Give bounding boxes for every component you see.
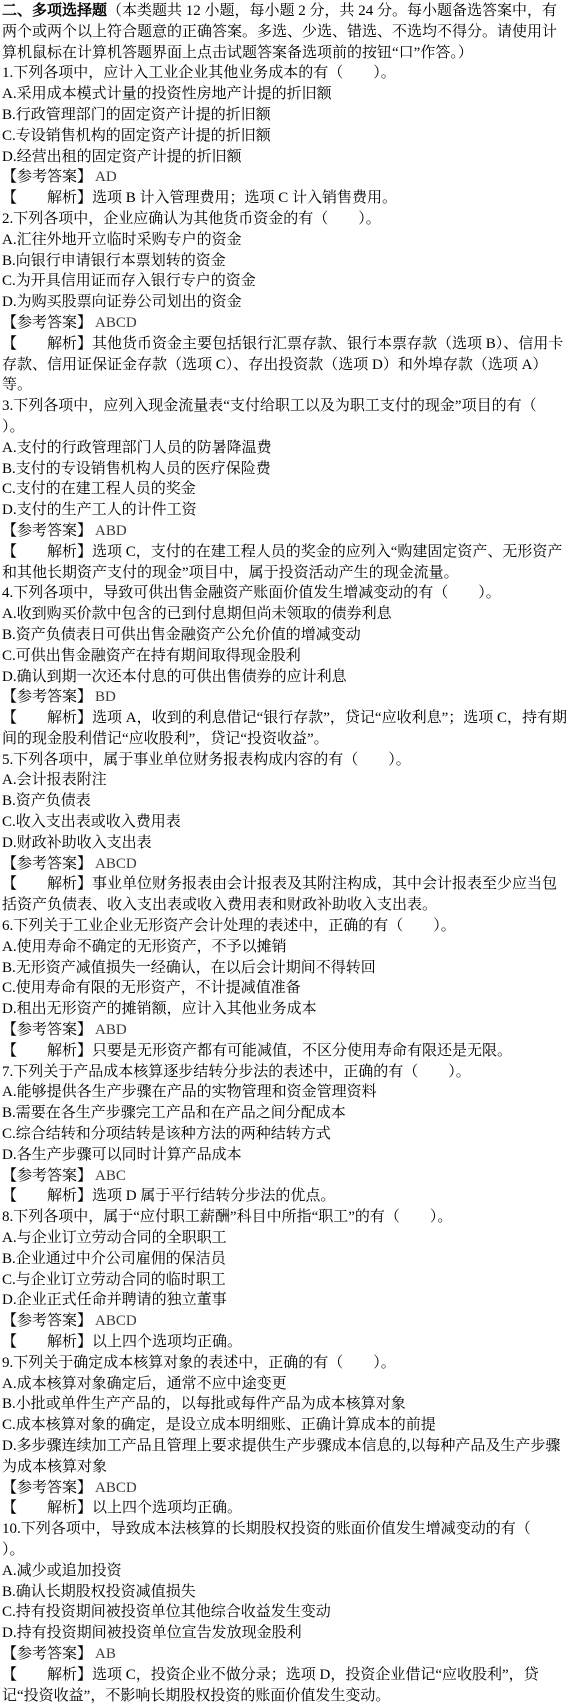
answer-analysis: 【 解析】选项 B 计入管理费用；选项 C 计入销售费用。 — [2, 188, 570, 209]
question-option: C.支付的在建工程人员的奖金 — [2, 479, 570, 500]
reference-answer: 【参考答案】ABCD — [2, 1478, 570, 1499]
question-block: 10.下列各项中，导致成本法核算的长期股权投资的账面价值发生增减变动的有（ ）。… — [2, 1519, 570, 1706]
section-title: 二、多项选择题 — [2, 3, 107, 19]
analysis-label: 【 解析】 — [2, 544, 92, 560]
question-option: D.各生产步骤可以同时计算产品成本 — [2, 1145, 570, 1166]
question-option: A.会计报表附注 — [2, 770, 570, 791]
question-stem: 4.下列各项中，导致可供出售金融资产账面价值发生增减变动的有（ ）。 — [2, 583, 570, 604]
question-option: B.需要在各生产步骤完工产品和在产品之间分配成本 — [2, 1103, 570, 1124]
answer-analysis: 【 解析】选项 C，支付的在建工程人员的奖金的应列入“购建固定资产、无形资产和其… — [2, 542, 570, 584]
answer-label: 【参考答案】 — [2, 1313, 92, 1329]
question-option: C.与企业订立劳动合同的临时职工 — [2, 1270, 570, 1291]
question-option: C.收入支出表或收入费用表 — [2, 812, 570, 833]
question-option: C.为开具信用证而存入银行专户的资金 — [2, 271, 570, 292]
question-option: A.汇往外地开立临时采购专户的资金 — [2, 230, 570, 251]
answer-letters: ABCD — [95, 1313, 137, 1329]
question-block: 5.下列各项中，属于事业单位财务报表构成内容的有（ ）。A.会计报表附注B.资产… — [2, 750, 570, 916]
section-heading: 二、多项选择题（本类题共 12 小题，每小题 2 分，共 24 分。每小题备选答… — [2, 1, 570, 63]
analysis-label: 【 解析】 — [2, 336, 92, 352]
reference-answer: 【参考答案】ABCD — [2, 854, 570, 875]
question-block: 8.下列各项中，属于“应付职工薪酬”科目中所指“职工”的有（ ）。A.与企业订立… — [2, 1207, 570, 1353]
question-option: B.小批或单件生产产品的，以每批或每件产品为成本核算对象 — [2, 1394, 570, 1415]
question-block: 3.下列各项中，应列入现金流量表“支付给职工以及为职工支付的现金”项目的有（ ）… — [2, 396, 570, 583]
question-stem: 9.下列关于确定成本核算对象的表述中，正确的有（ ）。 — [2, 1353, 570, 1374]
question-option: C.成本核算对象的确定，是设立成本明细账、正确计算成本的前提 — [2, 1415, 570, 1436]
question-option: C.使用寿命有限的无形资产，不计提减值准备 — [2, 978, 570, 999]
question-option: A.采用成本模式计量的投资性房地产计提的折旧额 — [2, 84, 570, 105]
question-option: A.与企业订立劳动合同的全职职工 — [2, 1228, 570, 1249]
question-option: D.租出无形资产的摊销额，应计入其他业务成本 — [2, 999, 570, 1020]
answer-analysis: 【 解析】其他货币资金主要包括银行汇票存款、银行本票存款（选项 B）、信用卡存款… — [2, 334, 570, 396]
reference-answer: 【参考答案】ABD — [2, 1020, 570, 1041]
question-option: D.财政补助收入支出表 — [2, 833, 570, 854]
question-option: A.支付的行政管理部门人员的防暑降温费 — [2, 438, 570, 459]
question-option: B.行政管理部门的固定资产计提的折旧额 — [2, 105, 570, 126]
answer-label: 【参考答案】 — [2, 1022, 92, 1038]
questions-list: 1.下列各项中，应计入工业企业其他业务成本的有（ ）。A.采用成本模式计量的投资… — [2, 63, 570, 1706]
answer-label: 【参考答案】 — [2, 1480, 92, 1496]
reference-answer: 【参考答案】ABCD — [2, 1311, 570, 1332]
answer-label: 【参考答案】 — [2, 1168, 92, 1184]
question-stem: 3.下列各项中，应列入现金流量表“支付给职工以及为职工支付的现金”项目的有（ ）… — [2, 396, 570, 438]
question-block: 7.下列关于产品成本核算逐步结转分步法的表述中，正确的有（ ）。A.能够提供各生… — [2, 1062, 570, 1208]
answer-letters: BD — [95, 689, 116, 705]
answer-analysis: 【 解析】只要是无形资产都有可能减值，不区分使用寿命有限还是无限。 — [2, 1041, 570, 1062]
answer-analysis: 【 解析】选项 A，收到的利息借记“银行存款”，贷记“应收利息”；选项 C，持有… — [2, 708, 570, 750]
question-option: B.资产负债表日可供出售金融资产公允价值的增减变动 — [2, 625, 570, 646]
analysis-label: 【 解析】 — [2, 710, 92, 726]
answer-letters: AB — [95, 1646, 116, 1662]
analysis-text: 选项 B 计入管理费用；选项 C 计入销售费用。 — [92, 190, 397, 206]
answer-label: 【参考答案】 — [2, 689, 92, 705]
analysis-label: 【 解析】 — [2, 1334, 92, 1350]
analysis-text: 以上四个选项均正确。 — [92, 1334, 242, 1350]
answer-letters: ABC — [95, 1168, 126, 1184]
question-option: D.支付的生产工人的计件工资 — [2, 500, 570, 521]
question-option: D.经营出租的固定资产计提的折旧额 — [2, 147, 570, 168]
question-option: C.专设销售机构的固定资产计提的折旧额 — [2, 126, 570, 147]
question-block: 2.下列各项中，企业应确认为其他货币资金的有（ ）。A.汇往外地开立临时采购专户… — [2, 209, 570, 396]
question-option: D.多步骤连续加工产品且管理上要求提供生产步骤成本信息的,以每种产品及生产步骤为… — [2, 1436, 570, 1478]
answer-label: 【参考答案】 — [2, 169, 92, 185]
question-block: 6.下列关于工业企业无形资产会计处理的表述中，正确的有（ ）。A.使用寿命不确定… — [2, 916, 570, 1062]
question-option: C.综合结转和分项结转是该种方法的两种结转方式 — [2, 1124, 570, 1145]
question-option: A.使用寿命不确定的无形资产，不予以摊销 — [2, 937, 570, 958]
question-block: 4.下列各项中，导致可供出售金融资产账面价值发生增减变动的有（ ）。A.收到购买… — [2, 583, 570, 749]
question-stem: 10.下列各项中，导致成本法核算的长期股权投资的账面价值发生增减变动的有（ ）。 — [2, 1519, 570, 1561]
question-block: 1.下列各项中，应计入工业企业其他业务成本的有（ ）。A.采用成本模式计量的投资… — [2, 63, 570, 209]
reference-answer: 【参考答案】ABC — [2, 1166, 570, 1187]
answer-letters: ABCD — [95, 1480, 137, 1496]
reference-answer: 【参考答案】AB — [2, 1644, 570, 1665]
analysis-text: 以上四个选项均正确。 — [92, 1500, 242, 1516]
question-stem: 5.下列各项中，属于事业单位财务报表构成内容的有（ ）。 — [2, 750, 570, 771]
question-option: B.资产负债表 — [2, 791, 570, 812]
analysis-text: 选项 D 属于平行结转分步法的优点。 — [92, 1188, 335, 1204]
answer-label: 【参考答案】 — [2, 523, 92, 539]
question-option: A.成本核算对象确定后，通常不应中途变更 — [2, 1374, 570, 1395]
question-option: D.确认到期一次还本付息的可供出售债券的应计利息 — [2, 667, 570, 688]
question-stem: 8.下列各项中，属于“应付职工薪酬”科目中所指“职工”的有（ ）。 — [2, 1207, 570, 1228]
answer-letters: ABD — [95, 1022, 127, 1038]
analysis-text: 只要是无形资产都有可能减值，不区分使用寿命有限还是无限。 — [92, 1043, 512, 1059]
analysis-label: 【 解析】 — [2, 1043, 92, 1059]
answer-label: 【参考答案】 — [2, 856, 92, 872]
analysis-label: 【 解析】 — [2, 1500, 92, 1516]
analysis-label: 【 解析】 — [2, 1188, 92, 1204]
answer-label: 【参考答案】 — [2, 315, 92, 331]
answer-analysis: 【 解析】选项 D 属于平行结转分步法的优点。 — [2, 1186, 570, 1207]
answer-letters: ABD — [95, 523, 127, 539]
answer-label: 【参考答案】 — [2, 1646, 92, 1662]
question-option: B.企业通过中介公司雇佣的保洁员 — [2, 1249, 570, 1270]
question-stem: 7.下列关于产品成本核算逐步结转分步法的表述中，正确的有（ ）。 — [2, 1062, 570, 1083]
analysis-label: 【 解析】 — [2, 1667, 92, 1683]
reference-answer: 【参考答案】BD — [2, 687, 570, 708]
reference-answer: 【参考答案】ABCD — [2, 313, 570, 334]
question-option: D.企业正式任命并聘请的独立董事 — [2, 1290, 570, 1311]
question-option: C.持有投资期间被投资单位其他综合收益发生变动 — [2, 1602, 570, 1623]
answer-letters: AD — [95, 169, 117, 185]
question-option: B.向银行申请银行本票划转的资金 — [2, 251, 570, 272]
question-option: C.可供出售金融资产在持有期间取得现金股利 — [2, 646, 570, 667]
answer-letters: ABCD — [95, 315, 137, 331]
reference-answer: 【参考答案】AD — [2, 167, 570, 188]
exam-document: 二、多项选择题（本类题共 12 小题，每小题 2 分，共 24 分。每小题备选答… — [0, 0, 572, 1706]
question-option: B.无形资产减值损失一经确认，在以后会计期间不得转回 — [2, 958, 570, 979]
question-option: D.持有投资期间被投资单位宣告发放现金股利 — [2, 1623, 570, 1644]
question-option: D.为购买股票向证券公司划出的资金 — [2, 292, 570, 313]
answer-analysis: 【 解析】事业单位财务报表由会计报表及其附注构成，其中会计报表至少应当包括资产负… — [2, 874, 570, 916]
question-stem: 2.下列各项中，企业应确认为其他货币资金的有（ ）。 — [2, 209, 570, 230]
question-option: B.确认长期股权投资减值损失 — [2, 1582, 570, 1603]
analysis-label: 【 解析】 — [2, 876, 92, 892]
question-option: A.能够提供各生产步骤在产品的实物管理和资金管理资料 — [2, 1082, 570, 1103]
question-option: A.减少或追加投资 — [2, 1561, 570, 1582]
answer-analysis: 【 解析】选项 C，投资企业不做分录；选项 D，投资企业借记“应收股利”，贷记“… — [2, 1665, 570, 1706]
question-stem: 1.下列各项中，应计入工业企业其他业务成本的有（ ）。 — [2, 63, 570, 84]
analysis-label: 【 解析】 — [2, 190, 92, 206]
question-option: A.收到购买价款中包含的已到付息期但尚未领取的债券利息 — [2, 604, 570, 625]
question-option: B.支付的专设销售机构人员的医疗保险费 — [2, 459, 570, 480]
answer-analysis: 【 解析】以上四个选项均正确。 — [2, 1498, 570, 1519]
answer-letters: ABCD — [95, 856, 137, 872]
question-stem: 6.下列关于工业企业无形资产会计处理的表述中，正确的有（ ）。 — [2, 916, 570, 937]
reference-answer: 【参考答案】ABD — [2, 521, 570, 542]
question-block: 9.下列关于确定成本核算对象的表述中，正确的有（ ）。A.成本核算对象确定后，通… — [2, 1353, 570, 1519]
answer-analysis: 【 解析】以上四个选项均正确。 — [2, 1332, 570, 1353]
